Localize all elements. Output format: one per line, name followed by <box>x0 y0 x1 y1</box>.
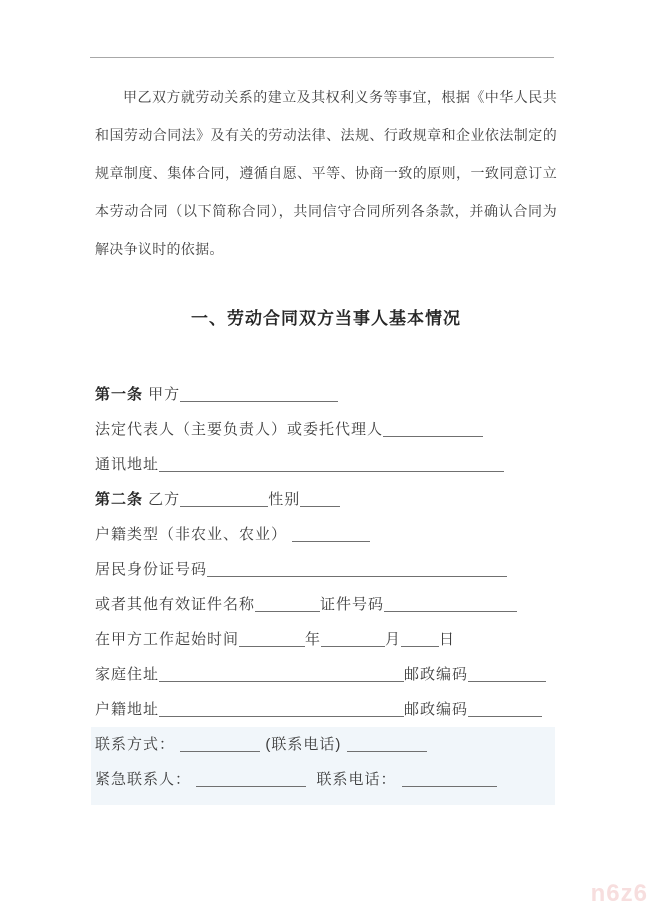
form-line: 通讯地址 <box>95 447 557 482</box>
blank-field <box>383 422 483 437</box>
field-label: 甲方 <box>143 386 180 403</box>
highlight-lines: 联系方式： (联系电话) 紧急联系人： 联系电话： <box>91 727 555 805</box>
field-label: 家庭住址 <box>95 666 159 683</box>
blank-field <box>196 772 306 787</box>
blank-field <box>347 737 427 752</box>
field-label: 邮政编码 <box>404 701 468 718</box>
field-label: 在甲方工作起始时间 <box>95 631 239 648</box>
blank-field <box>255 597 320 612</box>
watermark: n6z6 <box>591 880 648 908</box>
field-label: 紧急联系人： <box>95 771 196 788</box>
form-line: 家庭住址邮政编码 <box>95 657 557 692</box>
field-label: 证件号码 <box>320 596 384 613</box>
field-label: 联系电话： <box>306 771 402 788</box>
field-label: 邮政编码 <box>404 666 468 683</box>
blank-field <box>180 387 338 402</box>
clause-number-label: 第一条 <box>95 386 143 403</box>
blank-field <box>159 457 504 472</box>
form-line: 第二条 乙方性别 <box>95 482 557 517</box>
field-label: 居民身份证号码 <box>95 561 207 578</box>
blank-field <box>468 667 546 682</box>
field-label: 或者其他有效证件名称 <box>95 596 255 613</box>
blank-field <box>159 702 404 717</box>
form-line: 居民身份证号码 <box>95 552 557 587</box>
field-label: 性别 <box>268 491 300 508</box>
section-heading: 一、劳动合同双方当事人基本情况 <box>95 307 557 331</box>
blank-field <box>401 632 439 647</box>
field-label: 联系方式： <box>95 736 180 753</box>
intro-paragraph: 甲乙双方就劳动关系的建立及其权利义务等事宜，根据《中华人民共和国劳动合同法》及有… <box>95 78 557 268</box>
form-line: 法定代表人（主要负责人）或委托代理人 <box>95 412 557 447</box>
blank-field <box>402 772 497 787</box>
blank-field <box>321 632 385 647</box>
form-line: 户籍类型（非农业、农业） <box>95 517 557 552</box>
field-label: 通讯地址 <box>95 456 159 473</box>
blank-field <box>292 527 370 542</box>
blank-field <box>384 597 517 612</box>
field-label: 日 <box>439 631 455 648</box>
field-label: 法定代表人（主要负责人）或委托代理人 <box>95 421 383 438</box>
blank-field <box>239 632 305 647</box>
form-line: 在甲方工作起始时间年月日 <box>95 622 557 657</box>
form-line: 或者其他有效证件名称证件号码 <box>95 587 557 622</box>
blank-field <box>300 492 340 507</box>
field-label: 户籍类型（非农业、农业） <box>95 526 292 543</box>
form-lines: 第一条 甲方法定代表人（主要负责人）或委托代理人通讯地址第二条 乙方性别户籍类型… <box>95 377 557 727</box>
field-label: 乙方 <box>143 491 180 508</box>
field-label: 年 <box>305 631 321 648</box>
form-line: 紧急联系人： 联系电话： <box>95 762 555 797</box>
form-line: 第一条 甲方 <box>95 377 557 412</box>
blank-field <box>207 562 507 577</box>
document-page: 甲乙双方就劳动关系的建立及其权利义务等事宜，根据《中华人民共和国劳动合同法》及有… <box>95 0 557 805</box>
form-line: 联系方式： (联系电话) <box>95 727 555 762</box>
field-label: 月 <box>385 631 401 648</box>
clause-number-label: 第二条 <box>95 491 143 508</box>
blank-field <box>180 737 260 752</box>
field-label: 户籍地址 <box>95 701 159 718</box>
field-label: (联系电话) <box>260 736 346 753</box>
blank-field <box>180 492 268 507</box>
blank-field <box>468 702 542 717</box>
blank-field <box>159 667 404 682</box>
form-line: 户籍地址邮政编码 <box>95 692 557 727</box>
